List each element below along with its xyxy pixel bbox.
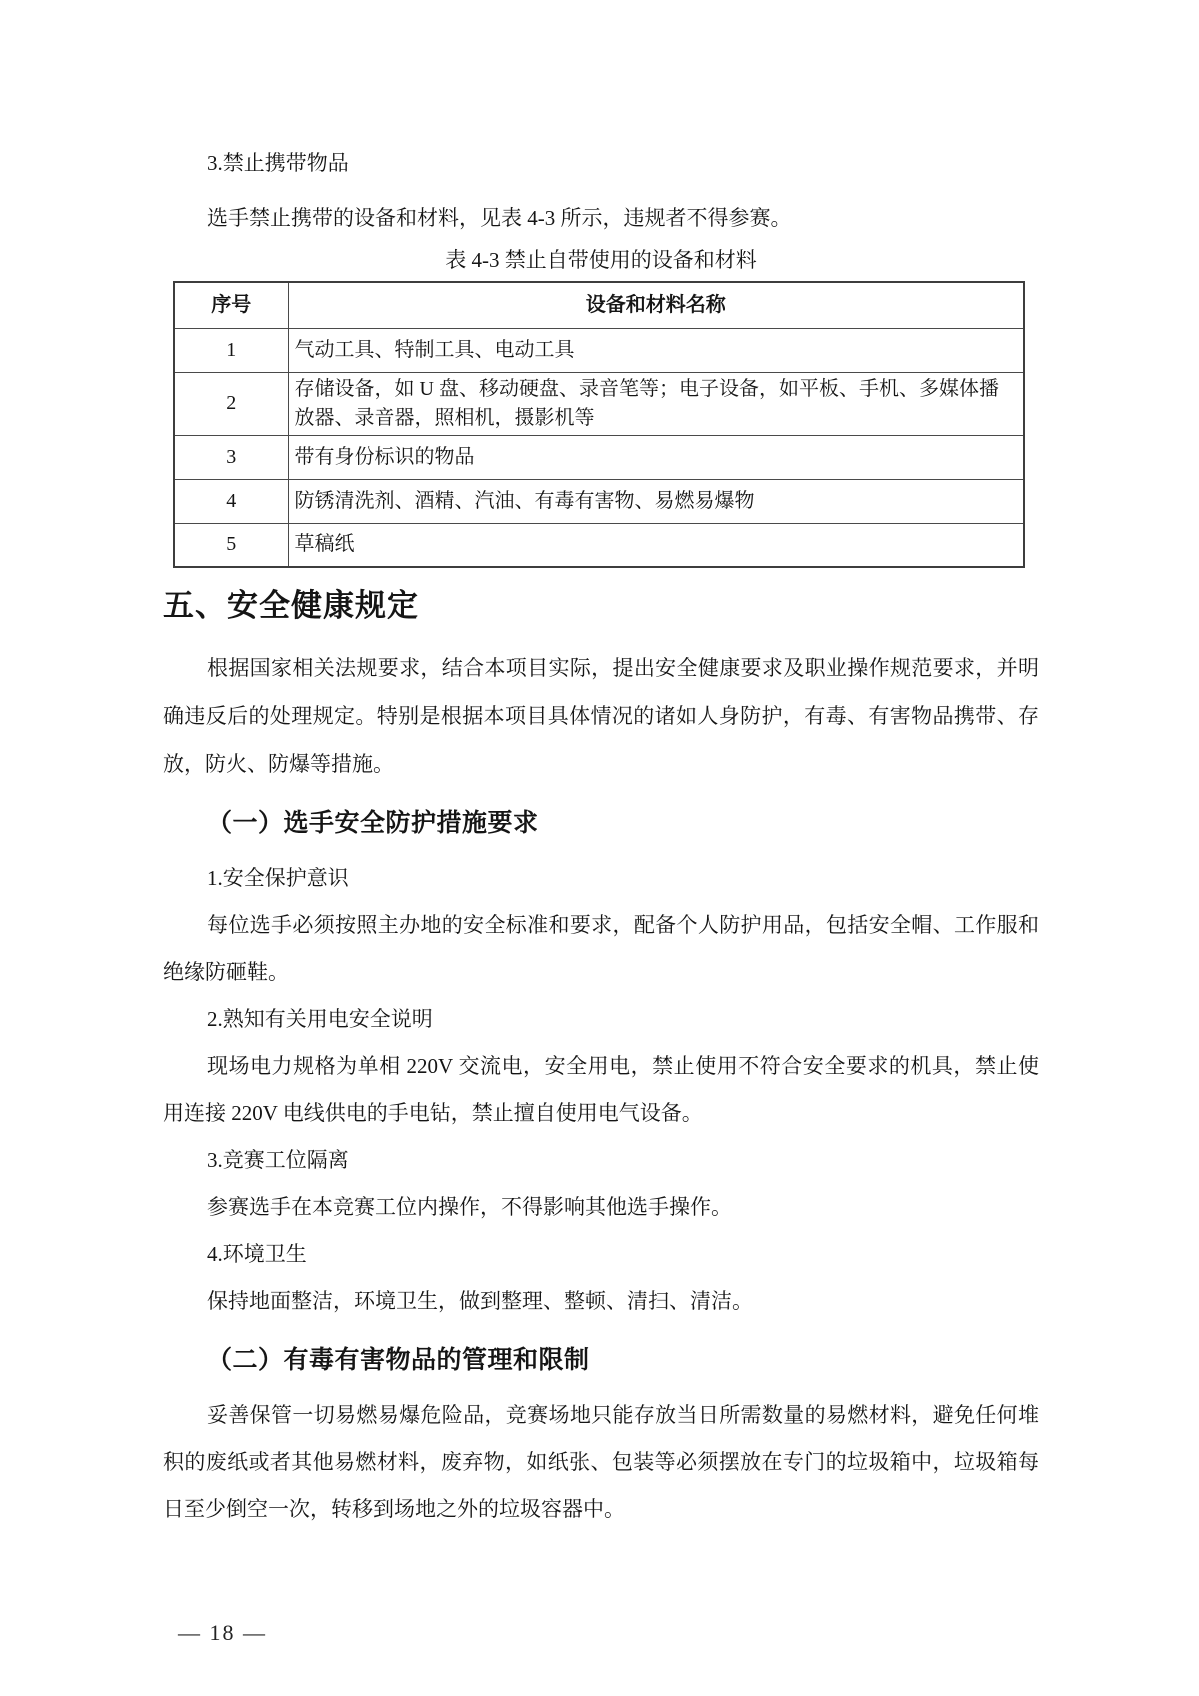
item3-paragraph: 选手禁止携带的设备和材料，见表 4-3 所示，违规者不得参赛。 — [163, 201, 1039, 235]
row-name: 防锈清洗剂、酒精、汽油、有毒有害物、易燃易爆物 — [288, 479, 1024, 523]
section-5-intro: 根据国家相关法规要求，结合本项目实际，提出安全健康要求及职业操作规范要求，并明确… — [163, 644, 1039, 788]
safety-item-3-label: 3.竞赛工位隔离 — [163, 1137, 1039, 1184]
safety-item-3-text: 参赛选手在本竞赛工位内操作，不得影响其他选手操作。 — [163, 1184, 1039, 1231]
prohibited-items-table: 序号 设备和材料名称 1 气动工具、特制工具、电动工具 2 存储设备，如 U 盘… — [173, 281, 1025, 568]
table-row: 1 气动工具、特制工具、电动工具 — [174, 328, 1024, 372]
section-5-heading: 五、安全健康规定 — [163, 584, 1039, 628]
subsection-2-paragraph: 妥善保管一切易燃易爆危险品，竞赛场地只能存放当日所需数量的易燃材料，避免任何堆积… — [163, 1392, 1039, 1533]
row-name: 气动工具、特制工具、电动工具 — [288, 328, 1024, 372]
table-caption: 表 4-3 禁止自带使用的设备和材料 — [163, 245, 1039, 275]
page-content: 3.禁止携带物品 选手禁止携带的设备和材料，见表 4-3 所示，违规者不得参赛。… — [163, 146, 1039, 1533]
row-number: 1 — [174, 328, 288, 372]
row-number: 5 — [174, 523, 288, 567]
row-name: 带有身份标识的物品 — [288, 435, 1024, 479]
table-header-row: 序号 设备和材料名称 — [174, 282, 1024, 328]
table-row: 3 带有身份标识的物品 — [174, 435, 1024, 479]
table-row: 5 草稿纸 — [174, 523, 1024, 567]
safety-item-2-text: 现场电力规格为单相 220V 交流电，安全用电，禁止使用不符合安全要求的机具，禁… — [163, 1043, 1039, 1137]
row-number: 2 — [174, 372, 288, 435]
col-header-number: 序号 — [174, 282, 288, 328]
safety-item-1-text: 每位选手必须按照主办地的安全标准和要求，配备个人防护用品，包括安全帽、工作服和绝… — [163, 902, 1039, 996]
safety-item-2-label: 2.熟知有关用电安全说明 — [163, 996, 1039, 1043]
subsection-2-heading: （二）有毒有害物品的管理和限制 — [163, 1340, 1039, 1380]
safety-item-1-label: 1.安全保护意识 — [163, 855, 1039, 902]
row-name: 存储设备，如 U 盘、移动硬盘、录音笔等；电子设备，如平板、手机、多媒体播放器、… — [288, 372, 1024, 435]
safety-item-4-label: 4.环境卫生 — [163, 1231, 1039, 1278]
table-row: 2 存储设备，如 U 盘、移动硬盘、录音笔等；电子设备，如平板、手机、多媒体播放… — [174, 372, 1024, 435]
item3-heading: 3.禁止携带物品 — [163, 146, 1039, 180]
page-number: — 18 — — [178, 1620, 267, 1646]
table-row: 4 防锈清洗剂、酒精、汽油、有毒有害物、易燃易爆物 — [174, 479, 1024, 523]
document-page: 3.禁止携带物品 选手禁止携带的设备和材料，见表 4-3 所示，违规者不得参赛。… — [0, 0, 1199, 1696]
col-header-name: 设备和材料名称 — [288, 282, 1024, 328]
subsection-1-heading: （一）选手安全防护措施要求 — [163, 803, 1039, 843]
safety-item-4-text: 保持地面整洁，环境卫生，做到整理、整顿、清扫、清洁。 — [163, 1278, 1039, 1325]
row-name: 草稿纸 — [288, 523, 1024, 567]
row-number: 4 — [174, 479, 288, 523]
row-number: 3 — [174, 435, 288, 479]
